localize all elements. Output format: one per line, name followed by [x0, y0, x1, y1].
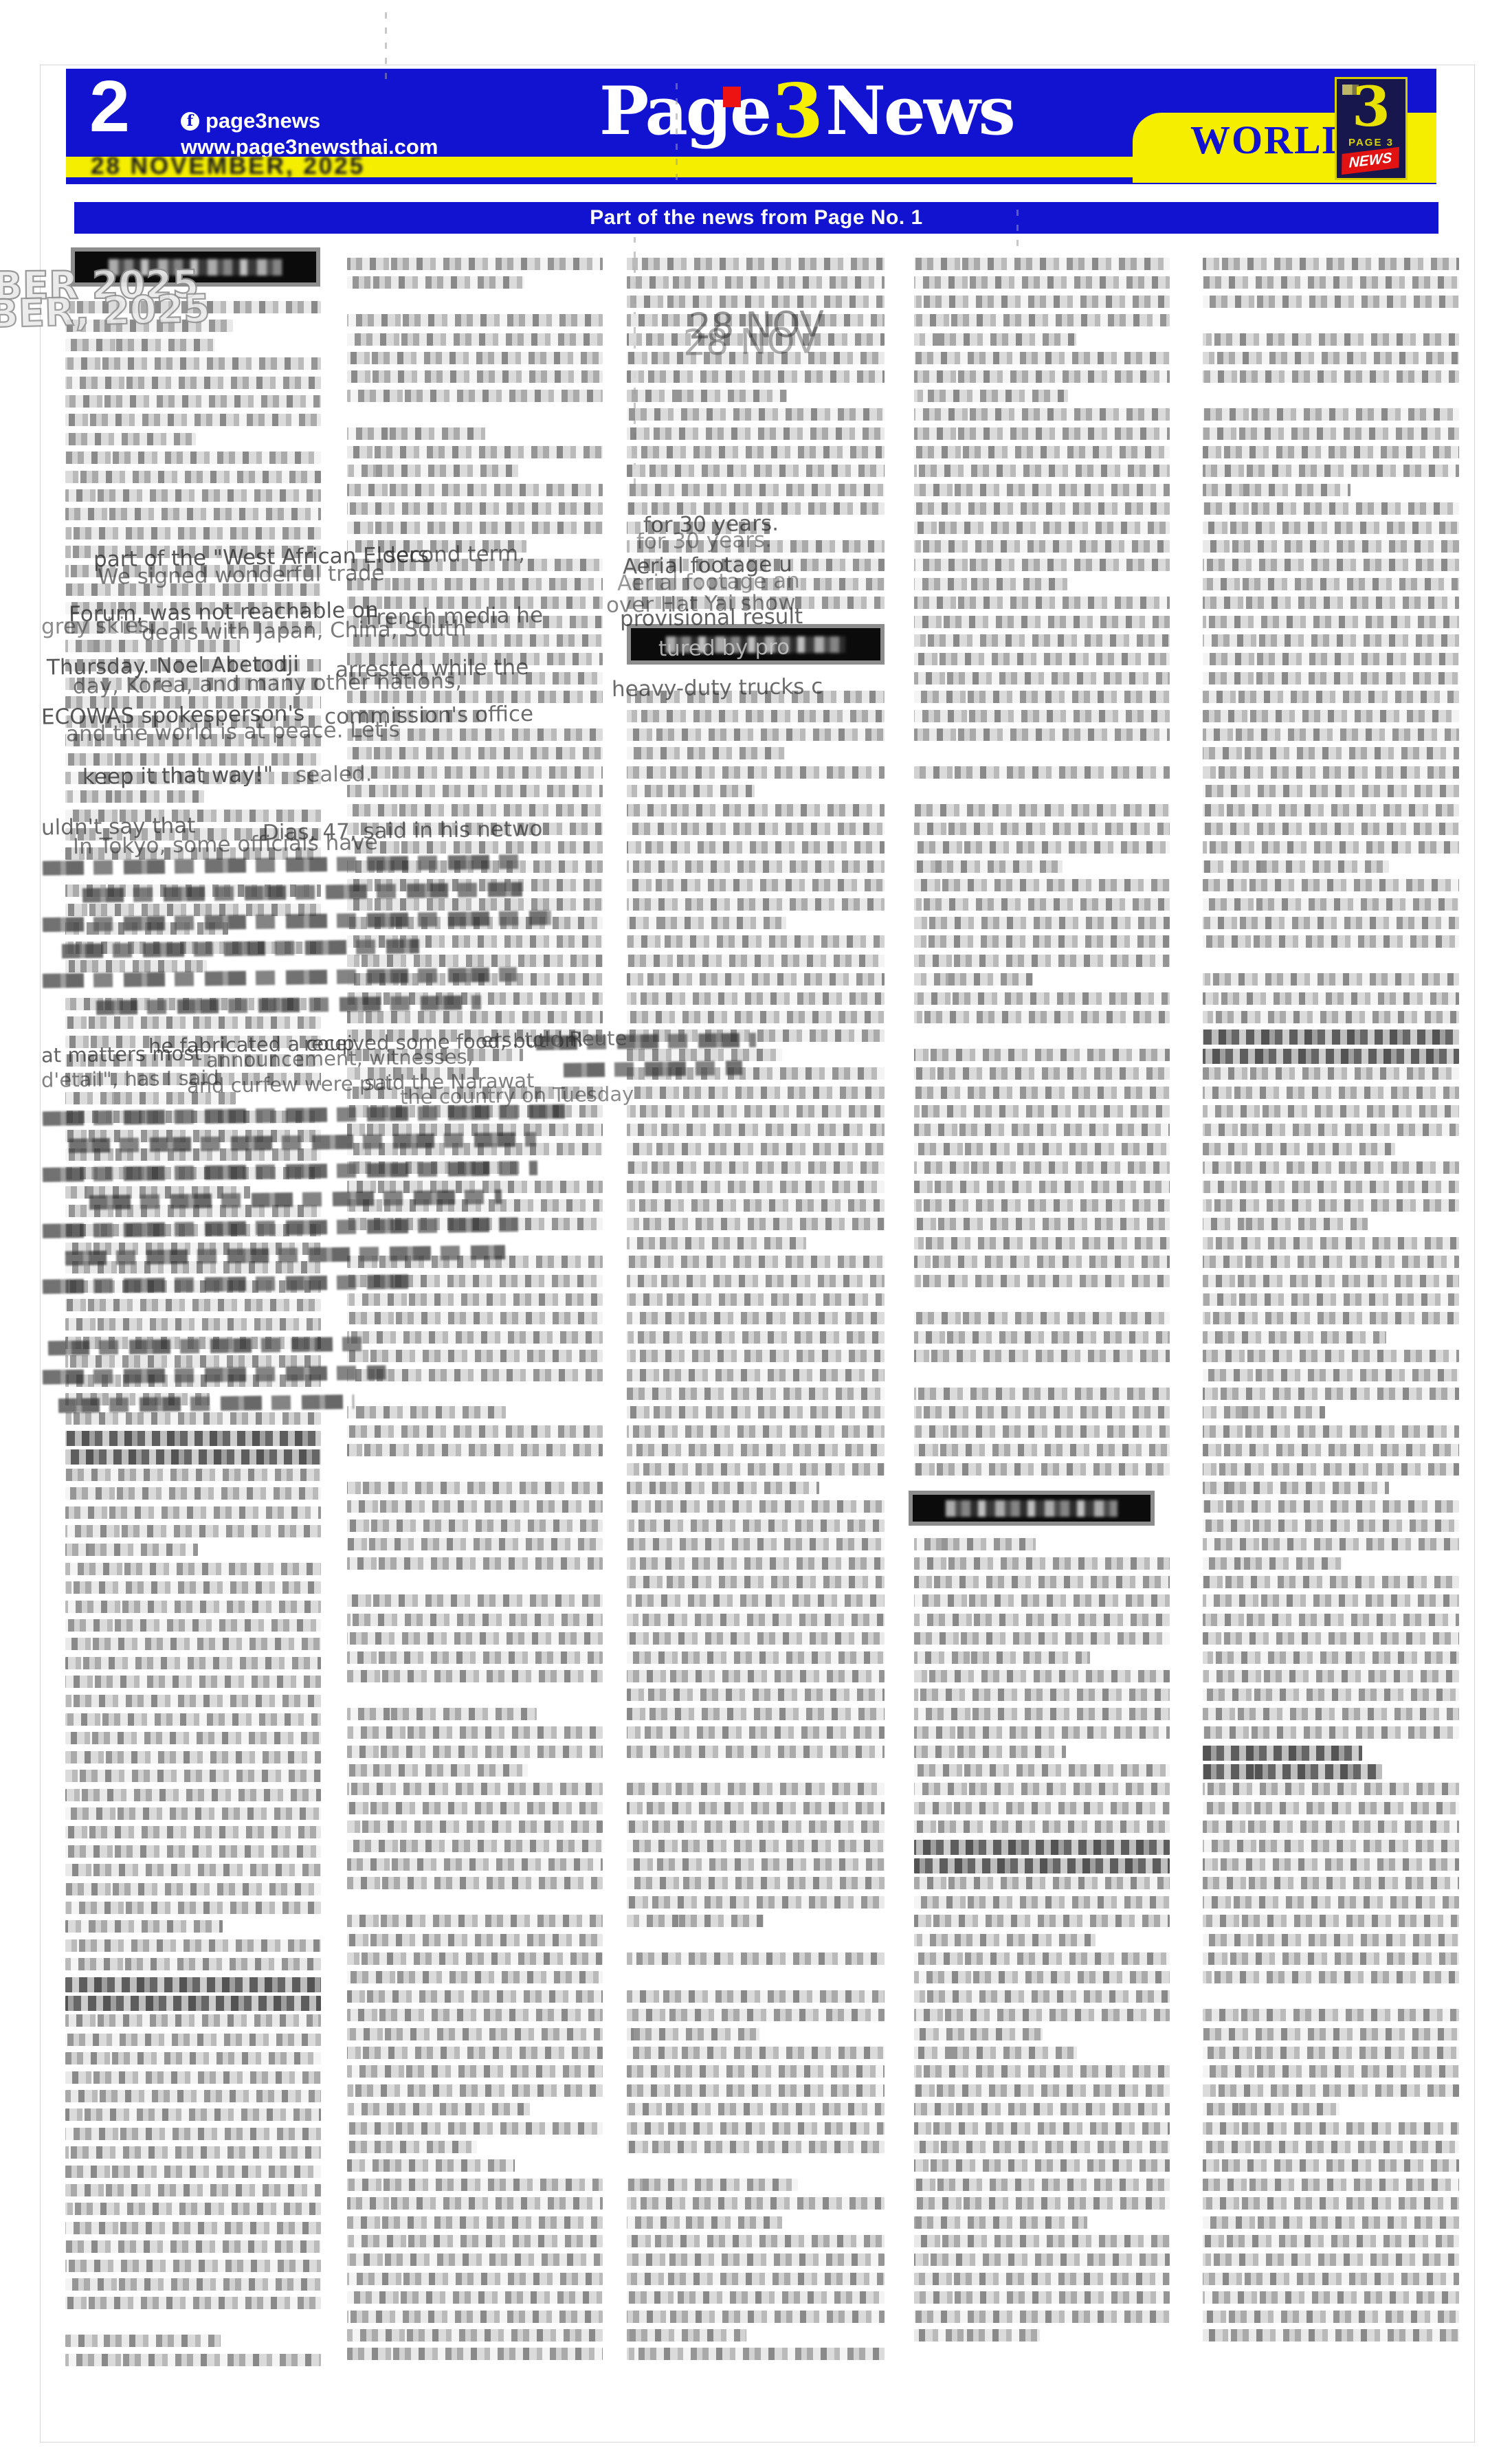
body-text-line — [914, 728, 1170, 741]
body-text-line — [914, 1802, 1170, 1814]
body-text-line — [65, 1506, 321, 1519]
body-text-line — [347, 1670, 603, 1682]
body-text-line — [1203, 427, 1459, 440]
body-text-line — [627, 1143, 885, 1155]
body-text-line — [627, 1388, 885, 1400]
body-text-line — [65, 1864, 321, 1876]
body-text-line — [1203, 2254, 1459, 2266]
body-text-line — [347, 2065, 603, 2078]
body-text-line — [1203, 785, 1459, 797]
body-text-line — [347, 2179, 603, 2191]
body-text-line — [914, 1971, 1170, 1983]
body-text-line — [1203, 1614, 1459, 1626]
body-text-line — [914, 296, 1170, 308]
headline-bar — [909, 1491, 1155, 1526]
ghost-text-fragment: keep it that way!" — [82, 764, 274, 788]
body-text-line — [347, 1500, 603, 1513]
body-text-line — [347, 2122, 603, 2135]
body-text-line — [914, 2179, 1170, 2191]
body-text-line — [914, 1689, 1170, 1701]
body-text-line — [627, 1896, 885, 1909]
ghost-text-fragment: and the world is at peace. Let's — [66, 720, 400, 746]
body-text-line — [627, 1632, 885, 1645]
body-text-line — [914, 691, 1170, 703]
body-text-line — [627, 2254, 885, 2266]
body-text-line — [914, 1952, 1170, 1965]
body-text-line — [1203, 2235, 1459, 2247]
body-text-line — [347, 2009, 603, 2021]
body-text-line — [627, 1218, 885, 1230]
body-text-line — [65, 1807, 321, 1820]
body-text-line — [627, 1708, 885, 1720]
body-text-line — [914, 653, 1170, 665]
body-text-line — [347, 2329, 603, 2341]
strap-bar: Part of the news from Page No. 1 — [74, 202, 1438, 234]
body-text-line — [65, 1789, 321, 1801]
body-text-line — [914, 1161, 1170, 1174]
body-text-line — [65, 1016, 321, 1029]
body-text-line — [1203, 2065, 1459, 2078]
body-text-line — [914, 1840, 1170, 1855]
body-text-line — [65, 527, 321, 539]
body-text-line — [914, 390, 1068, 402]
body-text-line — [1203, 540, 1459, 553]
body-text-line — [627, 1199, 885, 1212]
body-text-line — [627, 2122, 885, 2135]
body-text-line — [1203, 1594, 1459, 1607]
body-text-line — [1203, 1576, 1459, 1588]
body-text-line — [347, 766, 603, 779]
body-text-line — [1203, 1482, 1389, 1494]
ghost-scribble — [43, 1366, 386, 1385]
body-text-line — [65, 1563, 321, 1575]
body-text-line — [627, 446, 885, 458]
body-text-line — [627, 1161, 885, 1174]
body-text-line — [914, 1576, 1170, 1588]
body-text-line — [65, 2166, 321, 2178]
body-text-line — [65, 2335, 221, 2347]
body-text-line — [1203, 2028, 1459, 2040]
body-text-line — [1203, 1199, 1459, 1212]
body-text-line — [1203, 296, 1459, 308]
body-text-line — [1203, 1293, 1459, 1306]
ghost-text-fragment: provisional result — [620, 606, 803, 630]
body-text-line — [347, 2273, 603, 2285]
body-text-line — [627, 1651, 885, 1664]
body-text-line — [914, 408, 1170, 421]
body-text-line — [627, 1783, 885, 1795]
body-text-line — [627, 898, 885, 911]
body-text-line — [347, 1651, 603, 1664]
body-text-line — [347, 1726, 603, 1739]
body-text-line — [65, 1318, 321, 1331]
body-text-line — [1203, 258, 1459, 270]
body-text-line — [1203, 879, 1459, 891]
body-text-line — [627, 408, 885, 421]
body-text-line — [1203, 1971, 1459, 1983]
body-text-line — [914, 1651, 1090, 1664]
body-text-line — [1203, 1143, 1395, 1155]
body-text-line — [914, 1087, 1170, 1099]
body-text-line — [347, 1915, 603, 1927]
body-text-line — [914, 1237, 1170, 1249]
body-text-line — [347, 2047, 603, 2059]
body-text-line — [65, 414, 321, 426]
body-text-line — [65, 395, 321, 408]
body-text-line — [627, 1293, 885, 1306]
body-text-line — [627, 785, 755, 797]
body-text-line — [914, 2103, 1170, 2115]
body-text-line — [1203, 1087, 1459, 1099]
body-text-line — [65, 433, 196, 445]
body-text-line — [914, 917, 1170, 929]
newspaper-page: 2 f page3news www.page3newsthai.com Page… — [0, 0, 1512, 2448]
body-text-line — [914, 276, 1170, 289]
body-text-line — [627, 1181, 885, 1193]
body-text-line — [627, 1444, 885, 1456]
body-text-line — [627, 1482, 819, 1494]
body-text-line — [627, 1500, 885, 1513]
body-text-line — [65, 2146, 321, 2159]
body-text-line — [65, 2108, 321, 2121]
body-text-line — [65, 2034, 321, 2046]
body-text-line — [1203, 1275, 1459, 1287]
body-text-line — [627, 917, 786, 929]
body-text-line — [914, 2065, 1170, 2078]
body-text-line — [914, 2009, 1170, 2021]
body-text-line — [1203, 2009, 1459, 2021]
body-text-line — [914, 1614, 1170, 1626]
body-text-line — [627, 879, 885, 891]
body-text-line — [627, 955, 885, 967]
body-text-line — [914, 2329, 1040, 2341]
body-text-line — [914, 333, 1076, 346]
masthead-red-notch — [723, 87, 741, 107]
body-text-line — [627, 1011, 885, 1023]
body-text-line — [914, 898, 1170, 911]
body-text-line — [1203, 2141, 1459, 2153]
body-text-line — [347, 2254, 603, 2266]
body-text-line — [627, 465, 885, 477]
body-text-line — [65, 2260, 321, 2272]
body-text-line — [914, 955, 1170, 967]
body-text-line — [347, 955, 603, 967]
fold-mark — [1016, 206, 1019, 246]
body-text-line — [627, 2009, 885, 2021]
body-text-line — [65, 1920, 223, 1933]
body-text-line — [914, 1105, 1170, 1117]
logo-news-ribbon: NEWS — [1342, 147, 1399, 175]
body-text-line — [627, 710, 885, 722]
body-text-line — [1203, 2179, 1459, 2191]
body-text-line — [627, 1312, 885, 1324]
body-text-line — [1203, 2122, 1459, 2135]
masthead-news: News — [825, 78, 1014, 144]
body-text-line — [627, 2065, 885, 2078]
ghost-text-fragment: announcement, witnesses, — [206, 1047, 474, 1070]
body-text-line — [1203, 1802, 1459, 1814]
facebook-row: f page3news — [181, 109, 320, 133]
body-text-line — [347, 333, 603, 346]
body-text-line — [914, 559, 1170, 571]
body-text-line — [347, 522, 603, 534]
body-text-line — [1203, 1030, 1459, 1045]
body-text-line — [347, 2159, 515, 2172]
body-text-line — [347, 1406, 506, 1418]
body-text-line — [65, 960, 207, 972]
body-text-line — [914, 2122, 1170, 2135]
body-text-line — [914, 1594, 1170, 1607]
body-text-line — [914, 2141, 1170, 2153]
body-text-line — [1203, 578, 1459, 590]
fold-mark — [676, 77, 678, 180]
body-text-line — [627, 2197, 885, 2210]
body-text-line — [914, 1990, 1170, 2003]
body-text-line — [65, 2071, 321, 2084]
body-text-line — [627, 1425, 885, 1438]
body-text-line — [1203, 1783, 1459, 1795]
ghost-scribble — [536, 1033, 756, 1050]
body-text-line — [1203, 2047, 1459, 2059]
body-text-line — [347, 1614, 603, 1626]
body-text-line — [914, 1632, 1170, 1645]
body-text-line — [914, 1049, 1170, 1061]
body-text-line — [627, 1952, 885, 1965]
body-text-line — [914, 672, 1170, 685]
body-text-line — [65, 2354, 321, 2366]
body-text-line — [347, 446, 603, 458]
body-text-line — [65, 1412, 321, 1425]
body-text-line — [65, 2184, 321, 2196]
body-text-line — [627, 2273, 885, 2285]
body-text-line — [65, 1601, 321, 1613]
body-text-line — [1203, 333, 1459, 346]
body-text-line — [914, 992, 1170, 1005]
body-text-line — [1203, 2084, 1459, 2097]
fold-mark — [385, 10, 387, 79]
body-text-line — [914, 1896, 1170, 1909]
body-text-line — [627, 747, 785, 759]
body-text-line — [627, 484, 885, 496]
body-text-line — [914, 823, 1170, 835]
body-text-line — [1203, 1369, 1459, 1381]
body-text-line — [627, 2311, 885, 2323]
headline-blurred-text — [946, 1500, 1117, 1517]
body-text-line — [347, 1802, 603, 1814]
body-text-line — [914, 1124, 1170, 1136]
body-text-line — [347, 502, 603, 515]
body-text-line — [65, 1939, 321, 1952]
body-text-line — [347, 1350, 603, 1362]
body-text-line — [1203, 276, 1459, 289]
body-text-line — [347, 785, 603, 797]
body-text-line — [914, 1821, 1170, 1833]
ghost-text-fragment: sealed. — [296, 764, 373, 786]
body-text-line — [1203, 634, 1459, 647]
body-text-line — [914, 2197, 1170, 2210]
body-text-line — [347, 276, 524, 289]
body-text-line — [65, 1770, 321, 1782]
body-text-line — [347, 1557, 603, 1570]
body-text-line — [347, 1821, 603, 1833]
body-text-line — [1203, 2216, 1459, 2229]
body-text-line — [1203, 1726, 1459, 1739]
body-text-line — [1203, 502, 1459, 515]
body-text-line — [347, 1594, 603, 1607]
body-text-line — [627, 1840, 885, 1852]
body-text-line — [914, 1275, 1170, 1287]
body-text-line — [914, 1557, 1170, 1570]
ghost-text-fragment: and curfew were put — [187, 1073, 392, 1096]
body-text-line — [627, 804, 885, 816]
body-text-line — [65, 1958, 321, 1970]
facebook-handle[interactable]: page3news — [205, 109, 320, 133]
body-text-line — [65, 471, 321, 483]
body-text-line — [914, 1256, 1170, 1268]
body-text-line — [914, 710, 1170, 722]
body-text-line — [347, 1990, 603, 2003]
body-text-line — [65, 1487, 321, 1500]
body-text-line — [1203, 1915, 1459, 1927]
body-text-line — [347, 1425, 603, 1438]
body-text-line — [347, 1971, 603, 1983]
body-text-line — [1203, 1425, 1459, 1438]
body-text-line — [914, 860, 1063, 873]
ghost-text-fragment: In Tokyo, some officials have — [73, 832, 378, 858]
body-text-line — [65, 1713, 321, 1726]
strap-text: Part of the news from Page No. 1 — [590, 206, 922, 230]
body-text-line — [1203, 465, 1459, 477]
body-text-line — [627, 1915, 764, 1927]
body-text-line — [347, 898, 603, 911]
body-text-line — [347, 1011, 603, 1023]
body-text-line — [65, 1469, 321, 1481]
body-text-line — [347, 2216, 603, 2229]
body-text-line — [347, 465, 518, 477]
body-text-line — [627, 860, 885, 873]
body-text-line — [347, 1952, 603, 1965]
body-text-line — [914, 2084, 1170, 2097]
body-text-line — [65, 2014, 321, 2027]
body-text-line — [627, 935, 885, 948]
body-text-line — [1203, 1218, 1368, 1230]
body-text-line — [347, 2348, 603, 2360]
body-text-line — [347, 1783, 603, 1795]
body-text-line — [627, 973, 885, 986]
body-text-line — [914, 841, 1170, 854]
body-text-line — [1203, 841, 1459, 854]
body-text-line — [65, 1751, 321, 1763]
body-text-line — [914, 634, 1170, 647]
body-text-line — [1203, 917, 1459, 929]
body-text-line — [1203, 728, 1459, 741]
body-text-line — [1203, 1463, 1459, 1476]
body-text-line — [1203, 2103, 1339, 2115]
body-text-line — [1203, 804, 1459, 816]
body-text-line — [627, 766, 885, 779]
body-text-line — [1203, 766, 1459, 779]
body-text-line — [1203, 1840, 1459, 1852]
body-text-line — [347, 352, 603, 364]
ghost-text-fragment: 28 NOV — [683, 323, 819, 361]
body-text-line — [1203, 653, 1459, 665]
body-text-line — [65, 452, 321, 464]
body-text-line — [1203, 1350, 1459, 1362]
body-text-line — [914, 1143, 1170, 1155]
body-text-line — [1203, 1049, 1459, 1064]
body-text-line — [65, 1355, 321, 1368]
body-text-line — [914, 1538, 1036, 1550]
body-text-line — [1203, 1105, 1459, 1117]
body-text-line — [1203, 1520, 1459, 1532]
body-text-line — [627, 2141, 885, 2153]
ghost-text-fragment: tured by pro — [658, 637, 790, 660]
body-text-line — [914, 2159, 1170, 2172]
body-text-line — [1203, 1746, 1362, 1761]
body-text-line — [627, 1049, 782, 1061]
section-label: WORLD — [1190, 117, 1353, 163]
body-text-line — [914, 1181, 1170, 1193]
body-text-line — [914, 1915, 1170, 1927]
body-text-line — [627, 1746, 885, 1758]
date-text: 28 NOVEMBER, 2025 — [91, 153, 365, 180]
body-text-line — [1203, 1256, 1459, 1268]
body-text-line — [1203, 1708, 1459, 1720]
body-text-line — [914, 1858, 1170, 1873]
body-text-line — [1203, 973, 1459, 986]
body-text-line — [1203, 1237, 1459, 1249]
body-text-line — [627, 2291, 885, 2304]
body-text-line — [627, 1105, 885, 1117]
body-text-line — [627, 1557, 885, 1570]
body-text-line — [914, 427, 1170, 440]
body-text-line — [627, 1406, 885, 1418]
body-text-line — [1203, 2329, 1459, 2341]
body-text-line — [1203, 446, 1459, 458]
body-text-line — [627, 2084, 885, 2097]
body-text-line — [347, 1858, 603, 1871]
body-text-line — [65, 1657, 321, 1669]
body-text-line — [347, 427, 485, 440]
body-text-line — [347, 1331, 603, 1344]
body-text-line — [914, 1726, 1170, 1739]
ghost-scribble — [564, 1060, 742, 1078]
logo-digit: 3 — [1337, 79, 1405, 135]
body-text-line — [65, 2297, 321, 2309]
body-text-line — [627, 1990, 885, 2003]
body-text-line — [1203, 1764, 1382, 1779]
body-text-line — [65, 1638, 321, 1650]
body-text-line — [627, 1670, 885, 1682]
body-text-line — [627, 1576, 885, 1588]
body-text-line — [65, 1676, 321, 1688]
body-text-line — [1203, 823, 1459, 835]
body-text-line — [65, 1883, 321, 1895]
body-text-line — [65, 2128, 321, 2140]
body-text-line — [914, 766, 1170, 779]
body-text-line — [914, 1425, 1170, 1438]
body-text-line — [65, 1826, 321, 1838]
body-text-line — [65, 790, 204, 803]
body-text-line — [347, 2028, 603, 2040]
body-text-line — [347, 390, 603, 402]
ghost-text-fragment: heavy-duty trucks c — [612, 676, 823, 700]
body-text-line — [1203, 1331, 1386, 1344]
masthead-page: Page — [599, 78, 770, 144]
body-text-line — [914, 1312, 1170, 1324]
ghost-text-fragment: the country on Tuesday — [400, 1084, 634, 1108]
facebook-icon: f — [181, 112, 199, 131]
